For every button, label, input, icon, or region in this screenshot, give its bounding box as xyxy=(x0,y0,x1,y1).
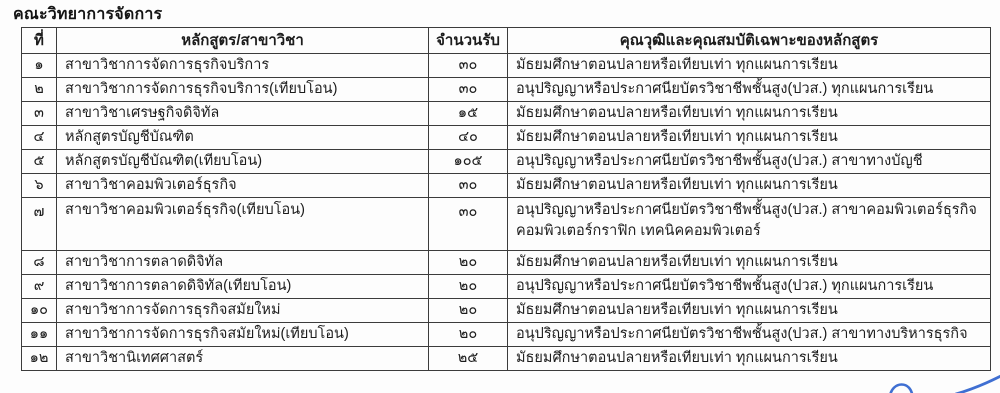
row-qualification: มัธยมศึกษาตอนปลายหรือเทียบเท่า ทุกแผนการ… xyxy=(508,54,991,78)
table-row: ๑๒ สาขาวิชานิเทศศาสตร์ ๒๕ มัธยมศึกษาตอนป… xyxy=(22,347,991,371)
row-program: สาขาวิชาการตลาดดิจิทัล(เทียบโอน) xyxy=(57,275,429,299)
row-quota: ๑๕ xyxy=(429,102,508,126)
row-qualification: อนุปริญญาหรือประกาศนียบัตรวิชาชีพชั้นสูง… xyxy=(508,323,991,347)
row-qualification: มัธยมศึกษาตอนปลายหรือเทียบเท่า ทุกแผนการ… xyxy=(508,299,991,323)
row-qualification: อนุปริญญาหรือประกาศนียบัตรวิชาชีพชั้นสูง… xyxy=(508,78,991,102)
table-header-row: ที่ หลักสูตร/สาขาวิชา จำนวนรับ คุณวุฒิแล… xyxy=(22,28,991,54)
row-quota: ๓๐ xyxy=(429,198,508,251)
row-qualification: มัธยมศึกษาตอนปลายหรือเทียบเท่า ทุกแผนการ… xyxy=(508,174,991,198)
row-no: ๔ xyxy=(22,126,57,150)
row-no: ๕ xyxy=(22,150,57,174)
row-qualification: อนุปริญญาหรือประกาศนียบัตรวิชาชีพชั้นสูง… xyxy=(508,198,991,251)
row-program: สาขาวิชาการตลาดดิจิทัล xyxy=(57,251,429,275)
row-quota: ๒๐ xyxy=(429,323,508,347)
row-program: สาขาวิชาการจัดการธุรกิจบริการ(เทียบโอน) xyxy=(57,78,429,102)
table-row: ๑๐ สาขาวิชาการจัดการธุรกิจสมัยใหม่ ๒๐ มั… xyxy=(22,299,991,323)
row-qualification: มัธยมศึกษาตอนปลายหรือเทียบเท่า ทุกแผนการ… xyxy=(508,126,991,150)
row-program: หลักสูตรบัญชีบัณฑิต xyxy=(57,126,429,150)
page-title: คณะวิทยาการจัดการ xyxy=(13,2,162,27)
row-no: ๑๒ xyxy=(22,347,57,371)
row-no: ๘ xyxy=(22,251,57,275)
row-qualification: มัธยมศึกษาตอนปลายหรือเทียบเท่า ทุกแผนการ… xyxy=(508,102,991,126)
pen-swoosh-stroke xyxy=(956,376,1000,393)
row-no: ๑๑ xyxy=(22,323,57,347)
row-quota: ๒๐ xyxy=(429,299,508,323)
column-header-quota: จำนวนรับ xyxy=(429,28,508,54)
row-no: ๒ xyxy=(22,78,57,102)
row-no: ๓ xyxy=(22,102,57,126)
row-quota: ๓๐ xyxy=(429,174,508,198)
admission-table: ที่ หลักสูตร/สาขาวิชา จำนวนรับ คุณวุฒิแล… xyxy=(21,27,991,371)
row-program: สาขาวิชาเศรษฐกิจดิจิทัล xyxy=(57,102,429,126)
table-row: ๑ สาขาวิชาการจัดการธุรกิจบริการ ๓๐ มัธยม… xyxy=(22,54,991,78)
table-row: ๔ หลักสูตรบัญชีบัณฑิต ๔๐ มัธยมศึกษาตอนปล… xyxy=(22,126,991,150)
table-row: ๕ หลักสูตรบัญชีบัณฑิต(เทียบโอน) ๑๐๕ อนุป… xyxy=(22,150,991,174)
row-qualification: อนุปริญญาหรือประกาศนียบัตรวิชาชีพชั้นสูง… xyxy=(508,275,991,299)
row-no: ๑ xyxy=(22,54,57,78)
scanned-document-page: { "page": { "title": "คณะวิทยาการจัดการ"… xyxy=(0,0,1000,393)
row-program: สาขาวิชาการจัดการธุรกิจบริการ xyxy=(57,54,429,78)
column-header-no: ที่ xyxy=(22,28,57,54)
row-no: ๖ xyxy=(22,174,57,198)
row-quota: ๓๐ xyxy=(429,78,508,102)
row-quota: ๑๐๕ xyxy=(429,150,508,174)
table-row: ๖ สาขาวิชาคอมพิวเตอร์ธุรกิจ ๓๐ มัธยมศึกษ… xyxy=(22,174,991,198)
table-row: ๙ สาขาวิชาการตลาดดิจิทัล(เทียบโอน) ๒๐ อน… xyxy=(22,275,991,299)
column-header-qualification: คุณวุฒิและคุณสมบัติเฉพาะของหลักสูตร xyxy=(508,28,991,54)
row-qualification: อนุปริญญาหรือประกาศนียบัตรวิชาชีพชั้นสูง… xyxy=(508,150,991,174)
row-quota: ๒๕ xyxy=(429,347,508,371)
table-row: ๘ สาขาวิชาการตลาดดิจิทัล ๒๐ มัธยมศึกษาตอ… xyxy=(22,251,991,275)
row-quota: ๒๐ xyxy=(429,275,508,299)
table-row: ๒ สาขาวิชาการจัดการธุรกิจบริการ(เทียบโอน… xyxy=(22,78,991,102)
row-program: สาขาวิชานิเทศศาสตร์ xyxy=(57,347,429,371)
row-qualification: มัธยมศึกษาตอนปลายหรือเทียบเท่า ทุกแผนการ… xyxy=(508,251,991,275)
table-row: ๗ สาขาวิชาคอมพิวเตอร์ธุรกิจ(เทียบโอน) ๓๐… xyxy=(22,198,991,251)
row-quota: ๒๐ xyxy=(429,251,508,275)
row-no: ๑๐ xyxy=(22,299,57,323)
table-row: ๑๑ สาขาวิชาการจัดการธุรกิจสมัยใหม่(เทียบ… xyxy=(22,323,991,347)
row-program: สาขาวิชาการจัดการธุรกิจสมัยใหม่ xyxy=(57,299,429,323)
row-no: ๙ xyxy=(22,275,57,299)
row-qualification: มัธยมศึกษาตอนปลายหรือเทียบเท่า ทุกแผนการ… xyxy=(508,347,991,371)
pen-loop-stroke xyxy=(890,385,913,393)
row-program: สาขาวิชาคอมพิวเตอร์ธุรกิจ xyxy=(57,174,429,198)
row-program: หลักสูตรบัญชีบัณฑิต(เทียบโอน) xyxy=(57,150,429,174)
table-row: ๓ สาขาวิชาเศรษฐกิจดิจิทัล ๑๕ มัธยมศึกษาต… xyxy=(22,102,991,126)
column-header-program: หลักสูตร/สาขาวิชา xyxy=(57,28,429,54)
row-program: สาขาวิชาการจัดการธุรกิจสมัยใหม่(เทียบโอน… xyxy=(57,323,429,347)
row-quota: ๔๐ xyxy=(429,126,508,150)
row-program: สาขาวิชาคอมพิวเตอร์ธุรกิจ(เทียบโอน) xyxy=(57,198,429,251)
row-no: ๗ xyxy=(22,198,57,251)
row-quota: ๓๐ xyxy=(429,54,508,78)
